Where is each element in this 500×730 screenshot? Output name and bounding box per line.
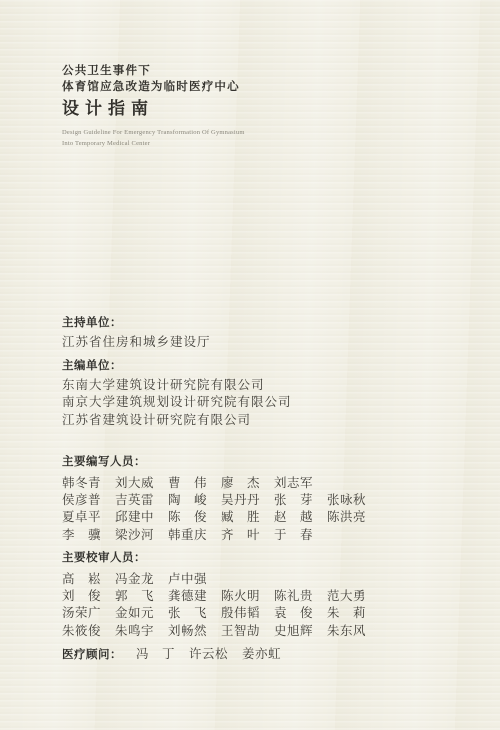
person-name: 赵 越 [274, 507, 316, 525]
person-name: 张 飞 [168, 603, 210, 621]
section-editor-units: 主编单位： 东南大学建筑设计研究院有限公司 南京大学建筑规划设计研究院有限公司 … [62, 358, 292, 429]
person-name: 梁沙河 [115, 525, 157, 543]
person-name: 陈 俊 [168, 507, 210, 525]
person-name: 陶 峻 [168, 490, 210, 508]
person-name: 朱筱俊 [62, 621, 104, 639]
person-name: 刘 俊 [62, 586, 104, 604]
medical-advisors-label: 医疗顾问： [62, 647, 122, 663]
reviewers-row: 汤荣广 金如元 张 飞 殷伟韬 袁 俊 朱 莉 [62, 604, 369, 621]
host-unit-label: 主持单位： [62, 315, 211, 331]
person-name: 朱 莉 [327, 603, 369, 621]
person-name: 王智劼 [221, 621, 263, 639]
person-name: 齐 叶 [221, 525, 263, 543]
person-name: 陈洪亮 [327, 507, 369, 525]
person-name: 于 春 [274, 525, 316, 543]
person-name: 史旭辉 [274, 621, 316, 639]
editor-units-label: 主编单位： [62, 358, 292, 374]
person-name: 侯彦普 [62, 490, 104, 508]
person-name: 韩重庆 [168, 525, 210, 543]
person-name: 廖 杰 [221, 473, 263, 491]
person-name: 张 芽 [274, 490, 316, 508]
person-name: 陈礼贵 [274, 586, 316, 604]
person-name: 殷伟韬 [221, 603, 263, 621]
title-line-1: 公共卫生事件下 [62, 63, 245, 79]
editor-unit-name: 南京大学建筑规划设计研究院有限公司 [62, 394, 292, 411]
person-name: 朱鸣宇 [115, 621, 157, 639]
writers-label: 主要编写人员： [62, 454, 369, 470]
writers-row: 夏卓平 邱建中 陈 俊 臧 胜 赵 越 陈洪亮 [62, 508, 369, 525]
person-name: 韩冬青 [62, 473, 104, 491]
person-name: 郭 飞 [115, 586, 157, 604]
person-name: 陈火明 [221, 586, 263, 604]
person-name: 夏卓平 [62, 507, 104, 525]
person-name: 姜亦虹 [242, 644, 284, 662]
person-name: 吴丹丹 [221, 490, 263, 508]
writers-row: 韩冬青 刘大威 曹 伟 廖 杰 刘志军 [62, 473, 369, 490]
person-name: 张咏秋 [327, 490, 369, 508]
person-name: 许云松 [189, 644, 231, 662]
person-name: 卢中强 [168, 569, 210, 587]
person-name: 龚德建 [168, 586, 210, 604]
person-name: 金如元 [115, 603, 157, 621]
writers-row: 李 骥 梁沙河 韩重庆 齐 叶 于 春 [62, 525, 369, 542]
person-name: 汤荣广 [62, 603, 104, 621]
writers-row: 侯彦普 吉英雷 陶 峻 吴丹丹 张 芽 张咏秋 [62, 490, 369, 507]
title-block: 公共卫生事件下 体育馆应急改造为临时医疗中心 设计指南 Design Guide… [62, 63, 245, 149]
editor-unit-name: 江苏省建筑设计研究院有限公司 [62, 412, 292, 429]
section-writers: 主要编写人员： 韩冬青 刘大威 曹 伟 廖 杰 刘志军 侯彦普 吉英雷 陶 峻 … [62, 454, 369, 543]
reviewers-row: 刘 俊 郭 飞 龚德建 陈火明 陈礼贵 范大勇 [62, 586, 369, 603]
person-name: 冯 丁 [136, 644, 178, 662]
section-medical-advisors: 医疗顾问： 冯 丁 许云松 姜亦虹 [62, 644, 284, 663]
book-credits-page: 公共卫生事件下 体育馆应急改造为临时医疗中心 设计指南 Design Guide… [0, 0, 500, 730]
english-subtitle-line-2: Into Temporary Medical Center [62, 139, 245, 149]
host-unit-name: 江苏省住房和城乡建设厅 [62, 334, 211, 351]
person-name: 冯金龙 [115, 569, 157, 587]
reviewers-row: 高 崧 冯金龙 卢中强 [62, 569, 369, 586]
person-name: 吉英雷 [115, 490, 157, 508]
person-name: 臧 胜 [221, 507, 263, 525]
person-name: 刘志军 [274, 473, 316, 491]
section-host-unit: 主持单位： 江苏省住房和城乡建设厅 [62, 315, 211, 351]
person-name: 朱东风 [327, 621, 369, 639]
person-name: 高 崧 [62, 569, 104, 587]
section-reviewers: 主要校审人员： 高 崧 冯金龙 卢中强 刘 俊 郭 飞 龚德建 陈火明 陈礼贵 … [62, 550, 369, 639]
person-name: 邱建中 [115, 507, 157, 525]
person-name: 李 骥 [62, 525, 104, 543]
reviewers-row: 朱筱俊 朱鸣宇 刘畅然 王智劼 史旭辉 朱东风 [62, 621, 369, 638]
person-name: 刘大威 [115, 473, 157, 491]
title-line-2: 体育馆应急改造为临时医疗中心 [62, 79, 245, 95]
person-name: 袁 俊 [274, 603, 316, 621]
main-title: 设计指南 [62, 97, 245, 121]
english-subtitle-line-1: Design Guideline For Emergency Transform… [62, 128, 245, 138]
person-name: 范大勇 [327, 586, 369, 604]
editor-unit-name: 东南大学建筑设计研究院有限公司 [62, 377, 292, 394]
person-name: 曹 伟 [168, 473, 210, 491]
person-name: 刘畅然 [168, 621, 210, 639]
reviewers-label: 主要校审人员： [62, 550, 369, 566]
